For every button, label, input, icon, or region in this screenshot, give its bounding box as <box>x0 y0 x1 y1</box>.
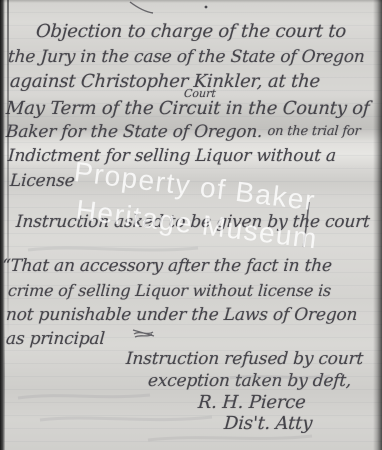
line-5-small-trailer: on the trial for <box>267 124 361 139</box>
handwritten-line-5: Baker for the State of Oregon. on the tr… <box>5 122 361 142</box>
paper-crease-upper <box>7 0 9 338</box>
handwritten-line-3: against Christopher Kinkler, at the <box>9 71 320 92</box>
handwritten-line-12: as principal <box>5 329 105 349</box>
handwritten-line-1: Objection to charge of the court to <box>35 21 346 42</box>
scan-edge-right <box>373 0 382 450</box>
handwritten-line-10: crime of selling Liquor without license … <box>7 281 331 300</box>
line-5-main: Baker for the State of Oregon. <box>5 122 263 142</box>
handwritten-line-8: Instruction asked to be given by the cou… <box>15 212 370 232</box>
handwritten-line-6: Indictment for selling Liquor without a <box>7 146 336 166</box>
handwritten-line-2: the Jury in the case of the State of Ore… <box>7 47 365 67</box>
scan-edge-top <box>0 0 382 3</box>
handwritten-line-13: Instruction refused by court <box>125 349 364 369</box>
handwritten-line-7: License <box>9 171 75 191</box>
signature-name: R. H. Pierce <box>197 392 306 413</box>
signature-title: Dis't. Atty <box>223 413 313 434</box>
handwritten-line-4: May Term of the Circuit in the County of <box>5 98 370 119</box>
handwritten-line-11: not punishable under the Laws of Oregon <box>5 305 358 325</box>
scanned-document-page: Objection to charge of the court to the … <box>0 0 382 450</box>
handwritten-line-14: exception taken by deft, <box>147 371 352 391</box>
scan-edge-left <box>0 0 5 450</box>
handwritten-line-9: “That an accessory after the fact in the <box>1 256 332 276</box>
